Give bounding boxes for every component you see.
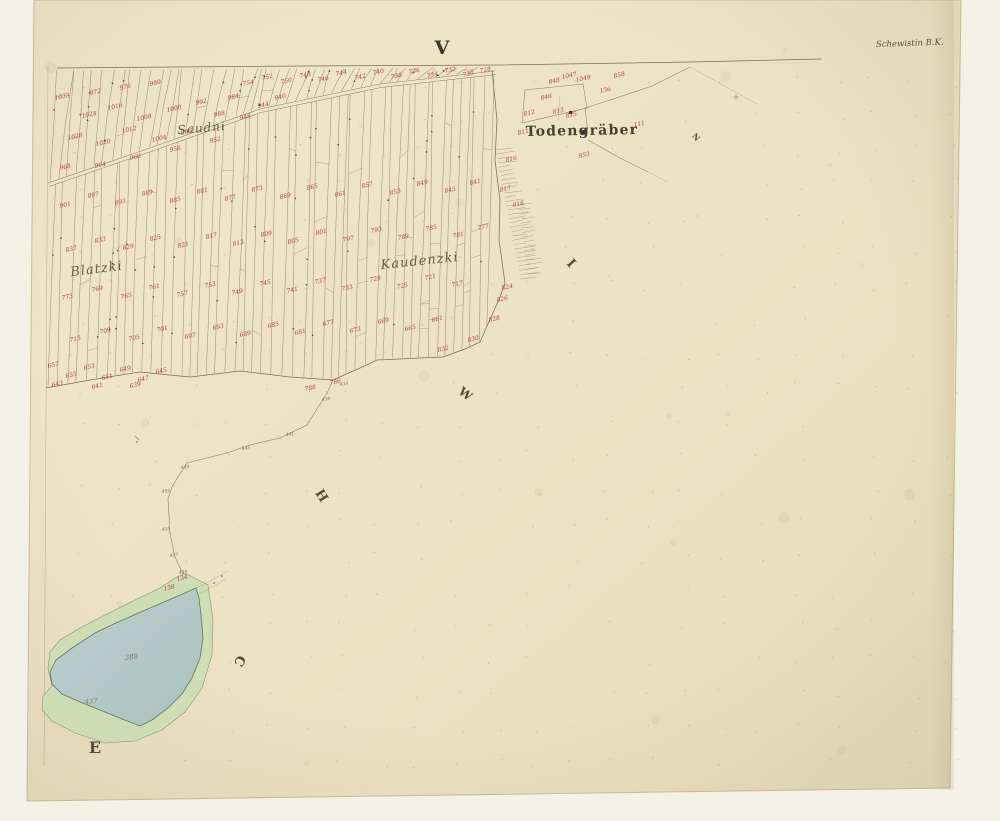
pasture-dot [648, 223, 649, 224]
pasture-dot [374, 552, 375, 553]
pasture-dot [452, 181, 453, 182]
pasture-dot [266, 388, 267, 389]
pasture-dot [919, 698, 920, 699]
boundary-stone-dot [349, 118, 351, 120]
boundary-stone-dot [174, 256, 176, 258]
pasture-dot [803, 460, 804, 461]
pasture-dot [416, 697, 417, 698]
pasture-dot [718, 354, 719, 355]
pasture-dot [954, 251, 955, 252]
pasture-dot [951, 555, 952, 556]
pasture-dot [842, 356, 843, 357]
pasture-dot [953, 631, 954, 632]
pasture-dot [947, 316, 948, 317]
pasture-dot [185, 283, 186, 284]
pasture-dot [947, 457, 948, 458]
pasture-dot [603, 179, 604, 180]
paper-blotch [359, 123, 363, 127]
paper-blotch [783, 48, 788, 53]
pasture-dot [649, 664, 650, 665]
pasture-dot [151, 254, 152, 255]
pasture-dot [609, 621, 610, 622]
boundary-stone-dot [60, 237, 62, 239]
pasture-dot [383, 155, 384, 156]
pasture-dot [338, 622, 339, 623]
pasture-dot [81, 216, 82, 217]
pasture-dot [612, 280, 613, 281]
pasture-dot [800, 517, 801, 518]
pasture-dot [762, 560, 763, 561]
pasture-dot [870, 111, 871, 112]
pasture-dot [536, 732, 537, 733]
pasture-dot [576, 385, 577, 386]
pasture-dot [72, 595, 73, 596]
pasture-dot [687, 586, 688, 587]
pasture-dot [802, 622, 803, 623]
pasture-dot [196, 423, 197, 424]
pasture-dot [678, 490, 679, 491]
pasture-dot [454, 595, 455, 596]
boundary-stone-dot [306, 258, 308, 260]
boundary-stone-dot [123, 80, 125, 82]
pasture-dot [957, 759, 958, 760]
pasture-dot [798, 215, 799, 216]
pasture-dot [114, 247, 115, 248]
pasture-dot [837, 253, 838, 254]
pasture-dot [263, 113, 264, 114]
boundary-stone-dot [458, 156, 460, 158]
pasture-dot [755, 732, 756, 733]
pasture-dot [74, 152, 75, 153]
pasture-dot [527, 625, 528, 626]
pasture-dot [456, 763, 457, 764]
pasture-dot [652, 757, 653, 758]
boundary-stone-dot [235, 342, 237, 344]
pasture-dot [838, 696, 839, 697]
paper-blotch [607, 274, 610, 277]
pasture-dot [193, 83, 194, 84]
pasture-dot [458, 358, 459, 359]
pasture-dot [914, 521, 915, 522]
pasture-dot [799, 555, 800, 556]
paper-blotch [304, 761, 309, 766]
pasture-dot [385, 221, 386, 222]
pasture-dot [336, 761, 337, 762]
pasture-dot [680, 453, 681, 454]
small-survey-dot [136, 441, 138, 443]
pasture-dot [269, 351, 270, 352]
pasture-dot [384, 351, 385, 352]
pasture-dot [873, 457, 874, 458]
paper-blotch [418, 370, 430, 382]
pasture-dot [338, 492, 339, 493]
pasture-dot [539, 494, 540, 495]
pasture-dot [723, 622, 724, 623]
pasture-dot [83, 87, 84, 88]
paper-blotch [904, 489, 915, 500]
pasture-dot [346, 420, 347, 421]
pasture-dot [265, 493, 266, 494]
pasture-dot [916, 730, 917, 731]
boundary-stone-dot [254, 226, 256, 228]
pasture-dot [908, 423, 909, 424]
pasture-dot [225, 422, 226, 423]
pasture-dot [802, 426, 803, 427]
pasture-dot [723, 596, 724, 597]
pasture-dot [345, 390, 346, 391]
pasture-dot [340, 155, 341, 156]
pasture-dot [526, 281, 527, 282]
pasture-dot [956, 392, 957, 393]
boundary-stone-dot [347, 250, 349, 252]
pasture-dot [496, 393, 497, 394]
pasture-dot [955, 281, 956, 282]
boundary-stone-dot [112, 83, 114, 85]
pasture-dot [727, 424, 728, 425]
pasture-dot [643, 290, 644, 291]
pasture-dot [308, 180, 309, 181]
pasture-dot [77, 553, 78, 554]
pasture-dot [843, 118, 844, 119]
pasture-dot [611, 421, 612, 422]
pasture-dot [912, 180, 913, 181]
pasture-dot [110, 352, 111, 353]
pasture-dot [304, 219, 305, 220]
map-canvas: 7547527507487467447427407387367347327307… [0, 0, 1000, 821]
pasture-dot [306, 490, 307, 491]
boundary-stone-dot [223, 82, 225, 84]
pasture-dot [909, 762, 910, 763]
pasture-dot [725, 728, 726, 729]
boundary-stone-dot [387, 199, 389, 201]
pasture-dot [913, 656, 914, 657]
pasture-dot [840, 82, 841, 83]
boundary-stone-dot [480, 261, 482, 263]
pasture-dot [459, 427, 460, 428]
pasture-dot [265, 424, 266, 425]
boundary-stone-dot [117, 250, 119, 252]
pasture-dot [832, 597, 833, 598]
pasture-dot [871, 620, 872, 621]
boundary-stone-dot [248, 148, 250, 150]
pasture-dot [380, 457, 381, 458]
pasture-dot [682, 387, 683, 388]
pasture-dot [81, 485, 82, 486]
pasture-dot [945, 662, 946, 663]
sheet-letter: V [434, 37, 452, 59]
pasture-dot [949, 114, 950, 115]
pasture-dot [232, 519, 233, 520]
pasture-dot [186, 560, 187, 561]
pasture-dot [424, 119, 425, 120]
pasture-dot [196, 495, 197, 496]
pasture-dot [872, 246, 873, 247]
pasture-dot [607, 354, 608, 355]
pasture-dot [299, 321, 300, 322]
boundary-stone-dot [88, 106, 90, 108]
paper-blotch [534, 488, 543, 497]
pasture-dot [641, 148, 642, 149]
pasture-dot [720, 559, 721, 560]
pasture-dot [492, 284, 493, 285]
boundary-stone-dot [115, 328, 117, 330]
pasture-dot [80, 189, 81, 190]
pasture-dot [951, 528, 952, 529]
pasture-dot [349, 321, 350, 322]
pasture-dot [570, 352, 571, 353]
pasture-dot [342, 655, 343, 656]
boundary-stone-dot [171, 332, 173, 334]
pasture-dot [421, 486, 422, 487]
boundary-stone-dot [53, 109, 55, 111]
paper-blotch [141, 418, 150, 427]
pasture-dot [489, 624, 490, 625]
pasture-dot [805, 318, 806, 319]
boundary-stone-dot [97, 336, 99, 338]
pasture-dot [224, 187, 225, 188]
pasture-dot [839, 727, 840, 728]
pasture-dot [718, 689, 719, 690]
pasture-dot [189, 324, 190, 325]
pasture-dot [727, 385, 728, 386]
boundary-stone-dot [52, 254, 54, 256]
pasture-dot [912, 356, 913, 357]
pasture-dot [233, 321, 234, 322]
pasture-dot [832, 657, 833, 658]
pasture-dot [571, 215, 572, 216]
pasture-dot [794, 287, 795, 288]
pasture-dot [641, 563, 642, 564]
pasture-dot [344, 113, 345, 114]
pasture-dot [830, 758, 831, 759]
pasture-dot [653, 246, 654, 247]
pasture-dot [488, 112, 489, 113]
pasture-dot [413, 727, 414, 728]
pasture-dot [797, 76, 798, 77]
pasture-dot [684, 689, 685, 690]
pasture-dot [228, 149, 229, 150]
pasture-dot [156, 461, 157, 462]
pasture-dot [604, 490, 605, 491]
pasture-dot [110, 214, 111, 215]
pasture-dot [537, 189, 538, 190]
boundary-stone-dot [473, 111, 475, 113]
pasture-dot [804, 246, 805, 247]
pasture-dot [718, 764, 719, 765]
boundary-stone-dot [275, 136, 277, 138]
paper-blotch [670, 540, 676, 546]
pasture-dot [648, 526, 649, 527]
boundary-stone-dot [109, 318, 111, 320]
pasture-dot [794, 382, 795, 383]
boundary-stone-dot [426, 151, 428, 153]
pasture-dot [455, 625, 456, 626]
pasture-dot [267, 524, 268, 525]
pasture-dot [348, 562, 349, 563]
boundary-stone-dot [329, 70, 331, 72]
paper-blotch [859, 263, 864, 268]
pasture-dot [538, 426, 539, 427]
pasture-dot [757, 359, 758, 360]
pasture-dot [525, 450, 526, 451]
pasture-dot [308, 526, 309, 527]
pasture-dot [838, 153, 839, 154]
paper-blotch [720, 71, 731, 82]
pasture-dot [721, 493, 722, 494]
pasture-dot [716, 323, 717, 324]
pasture-dot [759, 657, 760, 658]
pasture-dot [763, 145, 764, 146]
pasture-dot [269, 623, 270, 624]
pasture-dot [870, 517, 871, 518]
pasture-dot [612, 148, 613, 149]
pasture-dot [956, 86, 957, 87]
boundary-stone-dot [175, 208, 177, 210]
boundary-stone-dot [135, 269, 137, 271]
pasture-dot [606, 218, 607, 219]
pasture-dot [340, 687, 341, 688]
boundary-stone-dot [87, 119, 89, 121]
pasture-dot [954, 145, 955, 146]
pasture-dot [916, 115, 917, 116]
pasture-dot [956, 177, 957, 178]
paper-blotch [45, 61, 57, 73]
boundary-stone-dot [239, 90, 241, 92]
pasture-dot [488, 663, 489, 664]
pasture-dot [569, 585, 570, 586]
boundary-stone-dot [426, 140, 428, 142]
pasture-dot [797, 155, 798, 156]
pond-inflow-dot [221, 575, 223, 577]
pasture-dot [268, 552, 269, 553]
pasture-dot [459, 257, 460, 258]
pasture-dot [340, 518, 341, 519]
boundary-stone-dot [315, 128, 317, 130]
pasture-dot [224, 562, 225, 563]
pasture-dot [492, 354, 493, 355]
pasture-dot [677, 421, 678, 422]
pasture-dot [111, 524, 112, 525]
pasture-dot [306, 621, 307, 622]
pasture-dot [381, 422, 382, 423]
boundary-stone-dot [187, 114, 189, 116]
pasture-dot [231, 731, 232, 732]
boundary-stone-dot [413, 178, 415, 180]
pasture-dot [386, 766, 387, 767]
pasture-dot [191, 184, 192, 185]
pasture-dot [525, 656, 526, 657]
pasture-dot [867, 77, 868, 78]
pasture-dot [184, 760, 185, 761]
pasture-dot [269, 317, 270, 318]
pasture-dot [531, 765, 532, 766]
pasture-dot [876, 386, 877, 387]
pasture-dot [526, 593, 527, 594]
pasture-dot [83, 323, 84, 324]
boundary-stone-dot [295, 198, 297, 200]
boundary-stone-dot [115, 316, 117, 318]
pasture-dot [912, 593, 913, 594]
pasture-dot [229, 760, 230, 761]
pasture-dot [834, 283, 835, 284]
pasture-dot [679, 519, 680, 520]
boundary-stone-dot [337, 144, 339, 146]
pasture-dot [955, 699, 956, 700]
pasture-dot [305, 353, 306, 354]
pasture-dot [610, 759, 611, 760]
pasture-dot [459, 691, 460, 692]
pasture-dot [680, 283, 681, 284]
pasture-dot [767, 392, 768, 393]
boundary-stone-dot [310, 137, 312, 139]
pasture-dot [500, 459, 501, 460]
pasture-dot [339, 450, 340, 451]
pasture-dot [462, 493, 463, 494]
pasture-dot [417, 427, 418, 428]
pasture-dot [798, 112, 799, 113]
pasture-dot [463, 731, 464, 732]
pasture-dot [833, 179, 834, 180]
boundary-stone-dot [114, 228, 116, 230]
paper-blotch [828, 163, 832, 167]
territory-letter-e: E [89, 738, 101, 757]
place-label-todengraeber: Todengräber [526, 122, 639, 140]
pasture-dot [421, 559, 422, 560]
pasture-dot [413, 767, 414, 768]
pasture-dot [223, 349, 224, 350]
pasture-dot [572, 727, 573, 728]
pasture-dot [950, 495, 951, 496]
pasture-dot [417, 147, 418, 148]
pasture-dot [273, 594, 274, 595]
pasture-dot [120, 325, 121, 326]
pasture-dot [761, 523, 762, 524]
pasture-dot [573, 460, 574, 461]
pasture-dot [425, 86, 426, 87]
pasture-dot [688, 359, 689, 360]
boundary-stone-dot [264, 240, 266, 242]
pasture-dot [344, 726, 345, 727]
pond-number: 388 [124, 653, 139, 662]
pasture-dot [345, 245, 346, 246]
pasture-dot [913, 461, 914, 462]
pasture-dot [606, 455, 607, 456]
pasture-dot [118, 386, 119, 387]
pasture-dot [266, 724, 267, 725]
pasture-dot [300, 144, 301, 145]
paper-blotch [666, 413, 673, 420]
pasture-dot [767, 183, 768, 184]
pasture-dot [337, 180, 338, 181]
paper-blotch [652, 716, 660, 724]
pasture-dot [951, 595, 952, 596]
pasture-dot [118, 488, 119, 489]
pasture-dot [951, 216, 952, 217]
pasture-dot [423, 657, 424, 658]
pasture-dot [532, 526, 533, 527]
pasture-dot [501, 759, 502, 760]
pasture-dot [574, 283, 575, 284]
pasture-dot [646, 692, 647, 693]
pasture-dot [874, 553, 875, 554]
pasture-dot [873, 290, 874, 291]
pasture-dot [460, 461, 461, 462]
pasture-dot [414, 630, 415, 631]
meadow-number: 437 [84, 697, 99, 706]
pasture-dot [500, 489, 501, 490]
pasture-dot [229, 688, 230, 689]
pasture-dot [871, 179, 872, 180]
